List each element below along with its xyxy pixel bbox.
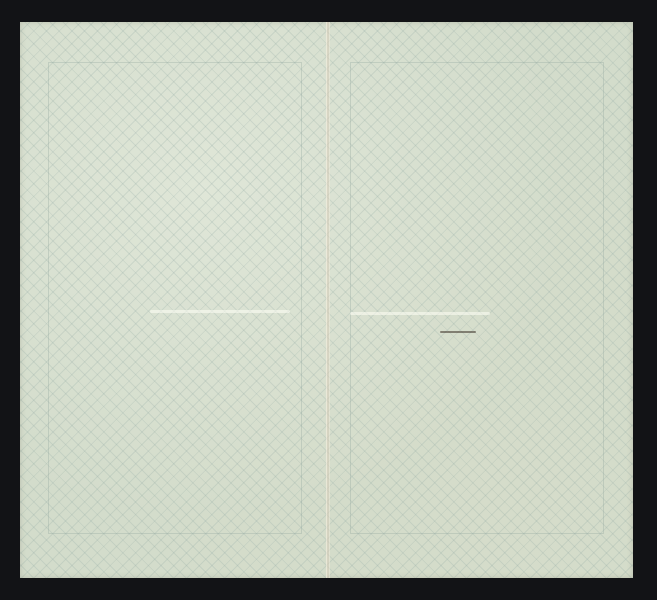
ink-mark — [440, 331, 476, 333]
paper-sheet — [20, 22, 633, 578]
crease-left — [150, 310, 290, 313]
right-frame — [350, 62, 604, 534]
crease-right — [350, 312, 490, 315]
vertical-fold — [326, 22, 330, 578]
left-frame — [48, 62, 302, 534]
